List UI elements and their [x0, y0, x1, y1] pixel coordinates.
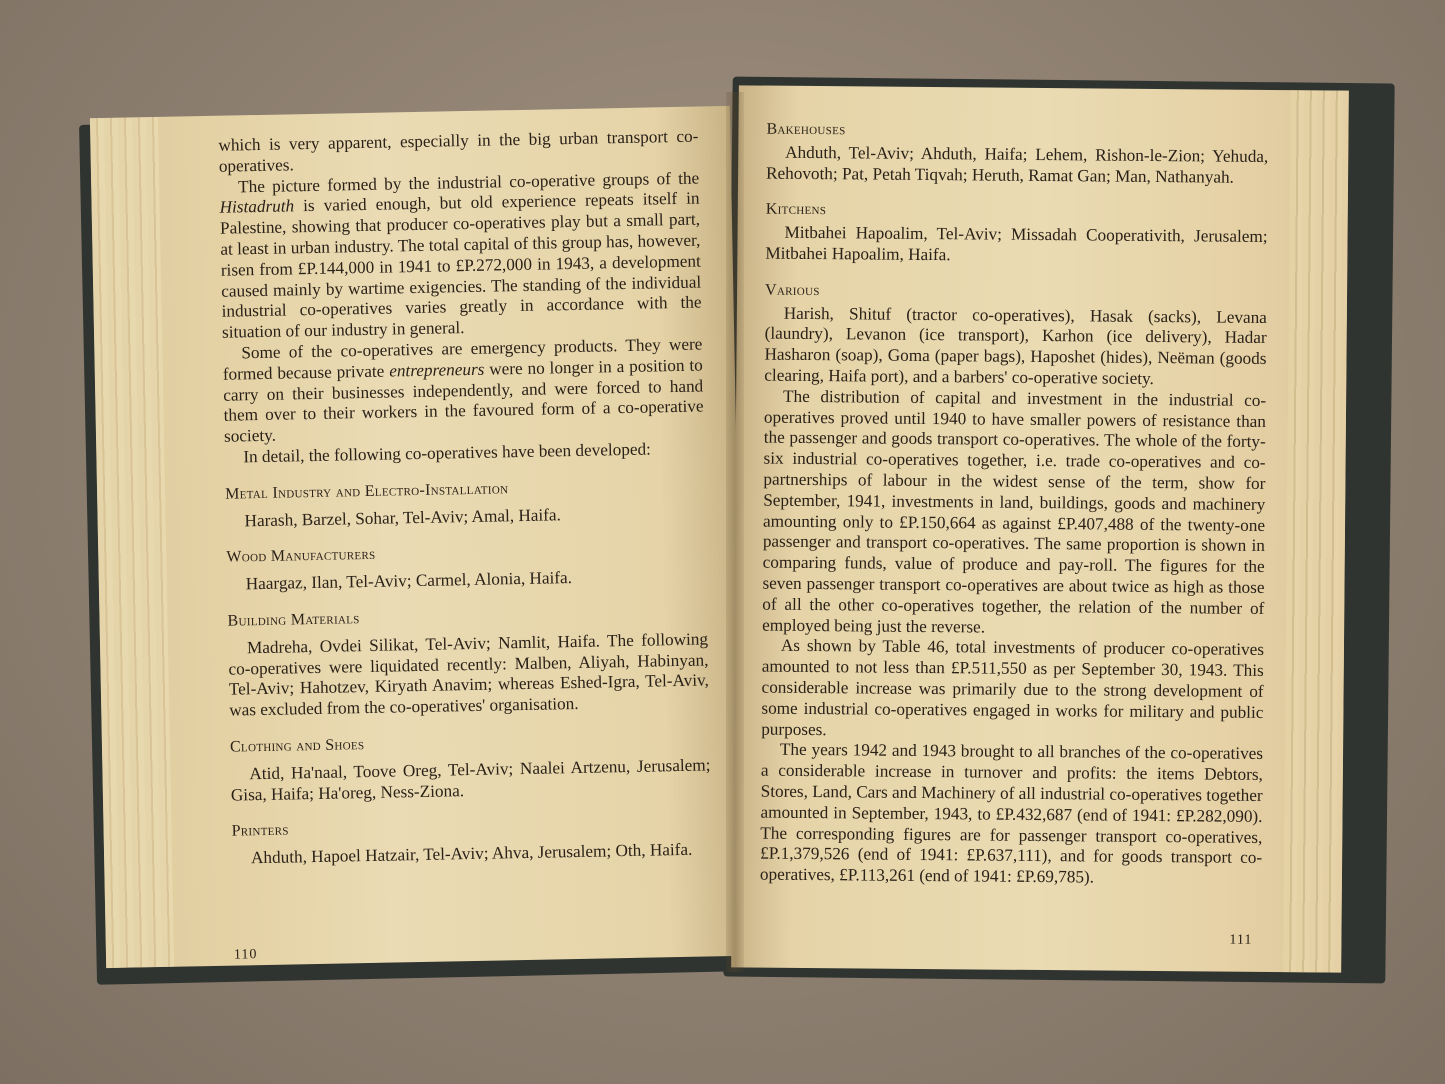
paragraph: The picture formed by the industrial co-… — [219, 168, 702, 344]
section-entry: Ahduth, Tel-Aviv; Ahduth, Haifa; Lehem, … — [766, 142, 1268, 188]
section-entry: Madreha, Ovdei Silikat, Tel-Aviv; Namlit… — [228, 629, 710, 721]
left-page-text: which is very apparent, especially in th… — [218, 127, 712, 870]
section-metal-industry: Metal Industry and Electro-Installation … — [225, 475, 706, 532]
section-entry: Haargaz, Ilan, Tel-Aviv; Carmel, Alonia,… — [227, 566, 707, 596]
right-page: Bakehouses Ahduth, Tel-Aviv; Ahduth, Hai… — [731, 85, 1349, 972]
section-kitchens: Kitchens Mitbahei Hapoalim, Tel-Aviv; Mi… — [765, 200, 1268, 269]
section-printers: Printers Ahduth, Hapoel Hatzair, Tel-Avi… — [231, 813, 712, 870]
section-heading: Bakehouses — [766, 120, 1268, 145]
section-bakehouses: Bakehouses Ahduth, Tel-Aviv; Ahduth, Hai… — [766, 120, 1269, 189]
section-clothing-and-shoes: Clothing and Shoes Atid, Ha'naal, Toove … — [230, 728, 711, 806]
section-heading: Wood Manufacturers — [226, 539, 706, 569]
right-page-text: Bakehouses Ahduth, Tel-Aviv; Ahduth, Hai… — [760, 120, 1269, 890]
section-heading: Kitchens — [766, 200, 1268, 225]
page-edges-right — [1283, 90, 1349, 972]
section-entry: Mitbahei Hapoalim, Tel-Aviv; Missadah Co… — [765, 223, 1267, 269]
page-number: 111 — [1229, 933, 1252, 949]
section-various: Various Harish, Shituf (tractor co-opera… — [764, 280, 1267, 390]
italic-term: entrepreneurs — [389, 359, 485, 380]
section-entry: Harish, Shituf (tractor co-operatives), … — [764, 303, 1267, 391]
paragraph: Some of the co-operatives are emergency … — [222, 334, 704, 447]
section-building-materials: Building Materials Madreha, Ovdei Silika… — [227, 602, 709, 721]
paragraph: The years 1942 and 1943 brought to all b… — [760, 740, 1263, 890]
italic-term: Histadruth — [219, 197, 294, 217]
section-heading: Various — [765, 280, 1267, 305]
paragraph: The distribution of capital and investme… — [762, 386, 1266, 640]
paragraph: As shown by Table 46, total investments … — [761, 636, 1264, 744]
section-wood-manufacturers: Wood Manufacturers Haargaz, Ilan, Tel-Av… — [226, 539, 707, 596]
section-heading: Printers — [231, 813, 711, 843]
section-entry: Ahduth, Hapoel Hatzair, Tel-Aviv; Ahva, … — [232, 840, 712, 870]
section-heading: Building Materials — [227, 602, 707, 632]
left-page: which is very apparent, especially in th… — [90, 106, 746, 968]
section-entry: Atid, Ha'naal, Toove Oreg, Tel-Aviv; Naa… — [230, 755, 711, 806]
section-heading: Metal Industry and Electro-Installation — [225, 475, 705, 505]
section-heading: Clothing and Shoes — [230, 728, 710, 758]
section-entry: Harash, Barzel, Sohar, Tel-Aviv; Amal, H… — [225, 502, 705, 532]
